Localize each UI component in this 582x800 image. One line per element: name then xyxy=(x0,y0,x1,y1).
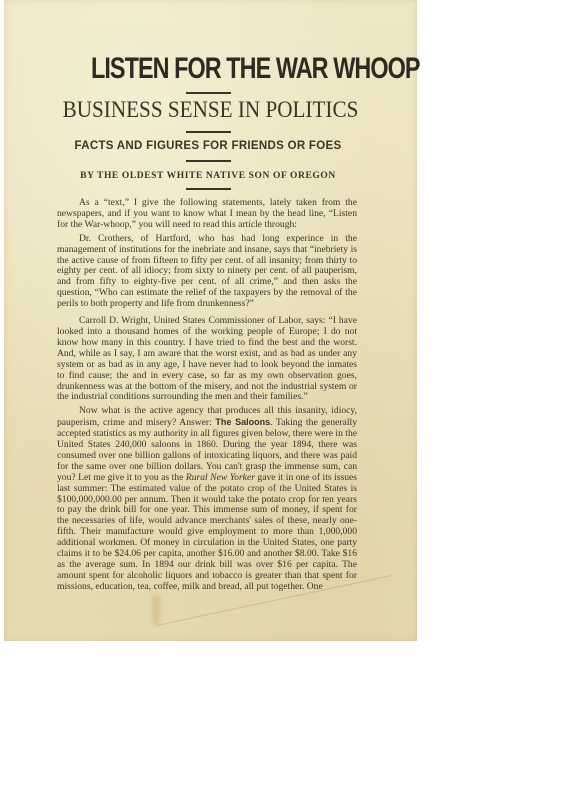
paper-stain xyxy=(152,595,160,625)
tagline: FACTS AND FIGURES FOR FRIENDS OR FOES xyxy=(50,138,366,154)
divider-rule xyxy=(186,92,231,94)
divider-rule xyxy=(186,160,231,162)
paragraph-saloons: Now what is the active agency that produ… xyxy=(57,406,357,592)
headline-title: LISTEN FOR THE WAR WHOOP xyxy=(91,52,325,86)
paragraph-wright: Carroll D. Wright, United States Commiss… xyxy=(57,316,357,403)
paragraph-intro: As a “text,” I give the following statem… xyxy=(57,198,357,231)
byline: BY THE OLDEST WHITE NATIVE SON OF OREGON xyxy=(50,169,366,183)
article-body: As a “text,” I give the following statem… xyxy=(57,198,357,596)
divider-rule xyxy=(186,131,231,133)
divider-rule xyxy=(186,188,231,190)
publication-name: Rural New Yorker xyxy=(186,472,255,483)
paragraph-crothers: Dr. Crothers, of Hartford, who has had l… xyxy=(57,234,357,310)
answer-emphasis: The Saloons xyxy=(215,417,270,427)
headline-subtitle: BUSINESS SENSE IN POLITICS xyxy=(63,97,354,123)
